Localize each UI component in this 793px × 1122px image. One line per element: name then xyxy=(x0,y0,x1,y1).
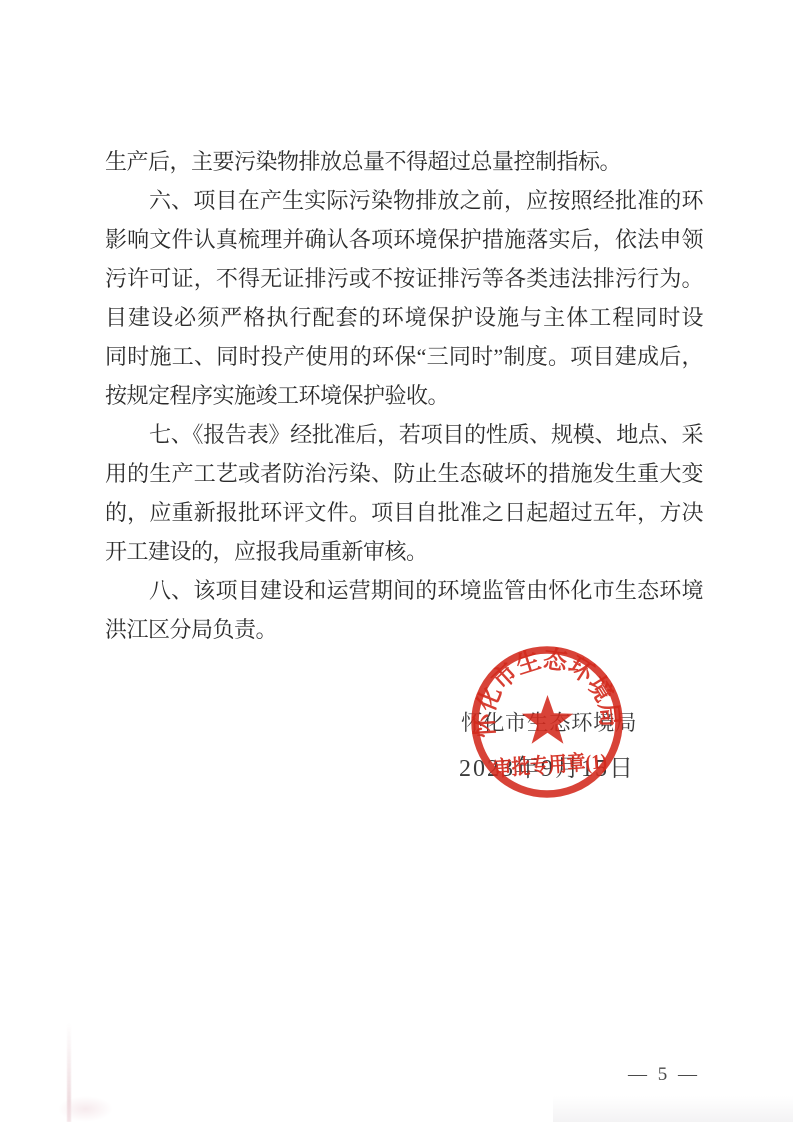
text-line: 七、《报告表》经批准后，若项目的性质、规模、地点、采 xyxy=(105,415,703,454)
text-line: 影响文件认真梳理并确认各项环境保护措施落实后，依法申领排 xyxy=(105,220,703,259)
issue-date: 2023年9月15日 xyxy=(459,748,635,783)
issuing-authority: 怀化市生态环境局 xyxy=(461,706,637,737)
scan-artifact-corner-shade xyxy=(553,1096,793,1122)
text-line: 生产后，主要污染物排放总量不得超过总量控制指标。 xyxy=(105,142,703,181)
text-line: 六、项目在产生实际污染物排放之前，应按照经批准的环境 xyxy=(105,181,703,220)
body-text: 生产后，主要污染物排放总量不得超过总量控制指标。 六、项目在产生实际污染物排放之… xyxy=(105,142,703,649)
text-line: 按规定程序实施竣工环境保护验收。 xyxy=(105,376,703,415)
page-number: — 5 — xyxy=(628,1064,700,1086)
text-line: 用的生产工艺或者防治污染、防止生态破坏的措施发生重大变动 xyxy=(105,454,703,493)
scan-artifact-bottom-smudge xyxy=(58,1096,113,1122)
text-line: 同时施工、同时投产使用的环保“三同时”制度。项目建成后，应 xyxy=(105,337,703,376)
text-line: 目建设必须严格执行配套的环境保护设施与主体工程同时设计、 xyxy=(105,298,703,337)
text-line: 洪江区分局负责。 xyxy=(105,610,703,649)
text-line: 的，应重新报批环评文件。项目自批准之日起超过五年，方决定 xyxy=(105,493,703,532)
text-line: 开工建设的，应报我局重新审核。 xyxy=(105,532,703,571)
text-line: 污许可证，不得无证排污或不按证排污等各类违法排污行为。项 xyxy=(105,259,703,298)
text-line: 八、该项目建设和运营期间的环境监管由怀化市生态环境局 xyxy=(105,571,703,610)
document-page: 生产后，主要污染物排放总量不得超过总量控制指标。 六、项目在产生实际污染物排放之… xyxy=(0,0,793,1122)
